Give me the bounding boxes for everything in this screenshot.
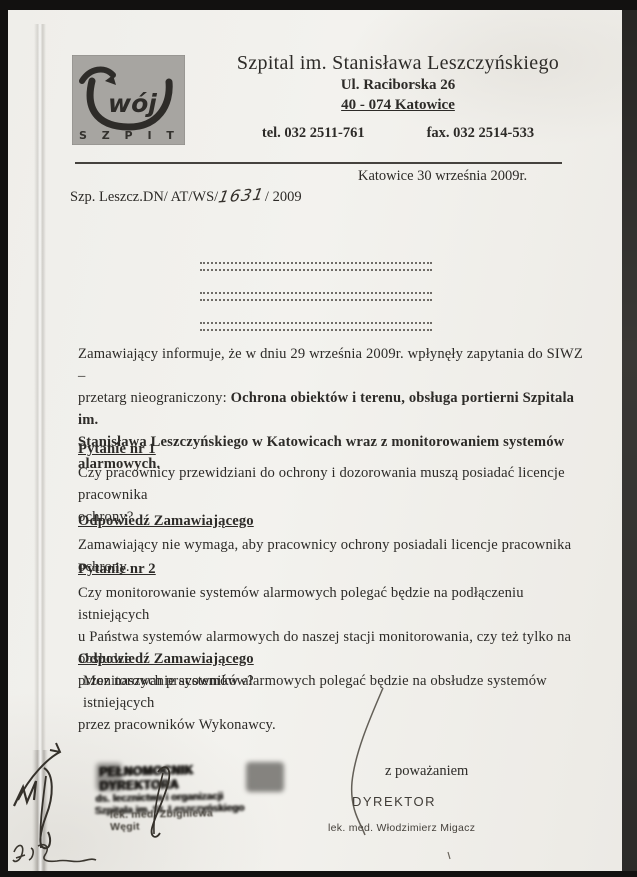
address-street: Ul. Raciborska 26 [223,77,573,94]
ref-suffix: / 2009 [265,189,302,205]
handwritten-note-stroke [13,845,25,861]
ref-prefix: Szp. Leszcz.DN/ AT/WS/ [70,189,218,205]
paper: wój S Z P I T A L Szpital im. Stanisława… [8,10,622,871]
svg-text:wój: wój [108,89,157,118]
scan-frame [0,0,8,877]
paper-crease-bottom [32,750,48,871]
scanned-letter-page: wój S Z P I T A L Szpital im. Stanisława… [0,0,637,877]
answer-2-heading: Odpowiedź Zamawiającego [78,648,586,670]
director-name: lek. med. Włodzimierz Migacz [328,822,475,834]
header-title: Szpital im. Stanisława Leszczyńskiego [223,52,573,75]
scan-frame [622,0,637,877]
ref-handwritten-number: 1631 [217,184,266,206]
stamp-name: lek. med. Zbigniewa Węgit [110,807,240,833]
address-city: 40 - 074 Katowice [223,97,573,114]
letterhead: Szpital im. Stanisława Leszczyńskiego Ul… [223,52,573,142]
question-2-heading: Pytanie nr 2 [78,558,586,580]
hospital-logo: wój S Z P I T A L [72,55,185,145]
reference-number: Szp. Leszcz.DN/ AT/WS/1631/ 2009 [70,186,302,206]
answer-2-text: Monitorowanie systemów alarmowych polega… [78,670,586,736]
phone-number: tel. 032 2511-761 [262,125,365,142]
answer-1-heading: Odpowiedź Zamawiającego [78,510,586,532]
intro-line-1: Zamawiający informuje, że w dniu 29 wrze… [78,343,586,387]
logo-brand-text: S Z P I T A L [79,129,185,142]
director-title: DYREKTOR [352,794,436,809]
closing-phrase: z poważaniem [385,763,468,780]
scan-frame [0,0,637,10]
fax-number: fax. 032 2514-533 [427,125,535,142]
dotted-line [200,262,432,271]
ink-speck [448,852,450,859]
intro-line-2: przetarg nieograniczony: Ochrona obiektó… [78,387,586,431]
dotted-line [200,322,432,331]
logo-smile-icon: wój S Z P I T A L [72,55,185,145]
paper-crease [34,24,46,871]
scan-frame [0,871,637,877]
dotted-line [200,292,432,301]
question-1-heading: Pytanie nr 1 [78,438,586,460]
date-line: Katowice 30 września 2009r. [358,168,527,185]
divider-rule [75,162,562,164]
